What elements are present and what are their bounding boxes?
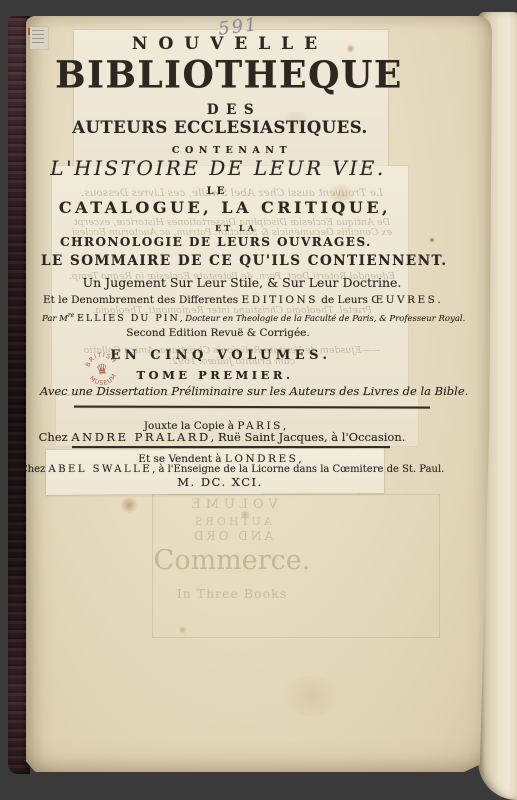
title-line-author: Par Mre ELLIES DU PIN, Docteur en Theolo… [42,313,426,323]
text-segment: Par M [42,314,68,324]
title-line-auteurs: AUTEURS ECCLESIASTIQUES. [28,120,412,137]
bleedthrough-line: VOLUME [40,498,424,511]
title-line-jugement: Un Jugement Sur Leur Stile, & Sur Leur D… [50,277,434,290]
imprint-date: M. DC. XCI. [28,477,412,489]
stamp-graphic: BRITISH MUSEUM ♛ [79,345,124,392]
horizontal-rule [74,406,430,409]
bleedthrough-line: In Three Books [40,588,424,601]
text-segment: , Ruë Saint Jacques, à l'Occasion. [211,430,406,444]
text-segment: Et le Denombrement des Differentes [43,294,242,306]
title-line-etla: ET LA [44,224,428,232]
title-line-tome: TOME PREMIER. [20,370,407,382]
imprint-london-line1: Et se Vendent à LONDRES, [28,454,412,465]
title-line-le: LE [25,187,409,197]
foxing-stain [430,238,434,242]
imprint-london-line2: Chez ABEL SWALLE, à l'Enseigne de la Lic… [20,465,404,475]
text-segment: . [437,294,440,306]
bleedthrough-line: AUTHORS [40,516,424,527]
publisher-swalle: ABEL SWALLE [48,464,152,475]
title-line-contenant: CONTENANT [35,146,424,156]
imprint-paris-line2: Chez ANDRE PRALARD, Ruë Saint Jacques, à… [30,432,414,444]
title-line-edition: Second Edition Revuë & Corrigée. [26,328,410,339]
text-segment: de Leurs [318,294,371,306]
text-segment: , Docteur en Theologie de la Faculté de … [180,314,465,324]
scan-background: Le Trouvent aussi Chez Abel Swalle, ces … [0,0,517,800]
corner-shelf-label [30,27,48,49]
printed-text-layer: Le Trouvent aussi Chez Abel Swalle, ces … [40,16,424,772]
title-line-des: DES [35,104,426,118]
title-page: Le Trouvent aussi Chez Abel Swalle, ces … [26,16,492,772]
title-line-sommaire: LE SOMMAIRE DE CE QU'ILS CONTIENNENT. [41,255,425,269]
title-line-chronologie: CHRONOLOGIE DE LEURS OUVRAGES. [24,236,408,248]
text-segment: , à l'Enseigne de la Licorne dans la Cœm… [152,464,444,475]
crown-icon: ♛ [95,361,110,379]
title-line-bibliotheque: BIBLIOTHEQUE [37,56,421,93]
title-line-denombrement: Et le Denombrement des Differentes EDITI… [43,295,427,306]
bleedthrough-line: AND ORD [40,530,424,542]
title-line-catalogue: CATALOGUE, LA CRITIQUE, [30,200,417,216]
author-name: ELLIES DU PIN [77,313,180,324]
title-line-histoire: L'HISTOIRE DE LEUR VIE. [26,158,410,178]
text-segment: Chez [39,430,72,444]
publisher-pralard: ANDRE PRALARD [71,430,210,444]
bleedthrough-line: Commerce. [40,547,424,574]
word-editions: EDITIONS [242,294,318,306]
horizontal-rule [72,446,390,448]
word-oeuvres: ŒUVRES [371,294,437,306]
british-museum-stamp: BRITISH MUSEUM ♛ [79,345,124,392]
